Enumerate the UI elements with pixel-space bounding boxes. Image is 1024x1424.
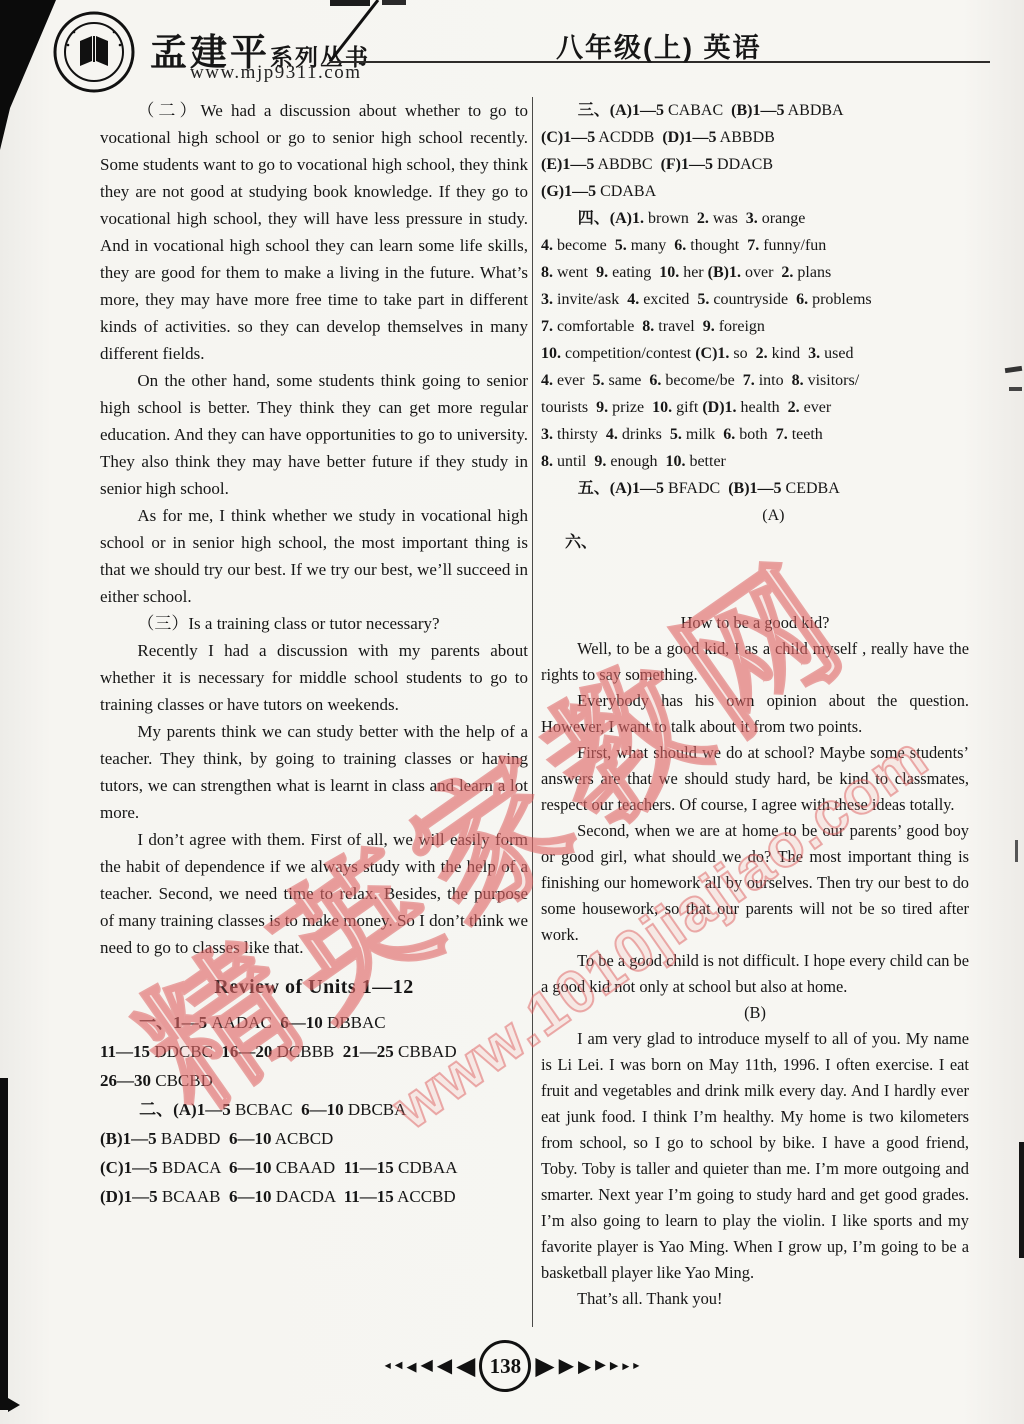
answer-segment: BFADC (664, 480, 728, 497)
answer-line: 五、(A)1—5 BFADC (B)1—5 CEDBA (541, 475, 969, 502)
answer-line: 10. competition/contest (C)1. so 2. kind… (541, 340, 969, 367)
answer-segment: 9. (596, 264, 608, 281)
answer-segment: 11—15 (344, 1158, 394, 1177)
answer-segment: 6. (796, 291, 808, 308)
answer-segment: DBCBA (344, 1100, 407, 1119)
answer-segment: become (553, 237, 615, 254)
answer-segment: (C)1—5 (541, 129, 595, 146)
answer-line: 11—15 DDCBC 16—20 DCBBB 21—25 CBBAD (100, 1037, 528, 1066)
answer-segment: 7. (541, 318, 553, 335)
answer-segment: (B)1—5 (728, 480, 781, 497)
paragraph: （二）We had a discussion about whether to … (100, 97, 528, 367)
answer-line: 3. thirsty 4. drinks 5. milk 6. both 7. … (541, 421, 969, 448)
answer-segment: tourists (541, 399, 596, 416)
answer-segment: 16—20 (221, 1042, 272, 1061)
answer-segment: health (737, 399, 788, 416)
answer-segment: 7. (776, 426, 788, 443)
right-column: 三、(A)1—5 CABAC (B)1—5 ABDBA (C)1—5 ACDDB… (541, 97, 969, 1312)
page-nav-arrow-icon: ▶ (535, 1354, 554, 1379)
answer-segment: CEDBA (782, 480, 840, 497)
answer-segment: competition/contest (561, 345, 695, 362)
answer-line: 三、(A)1—5 CABAC (B)1—5 ABDBA (541, 97, 969, 124)
answer-segment: into (755, 372, 792, 389)
left-column: （二）We had a discussion about whether to … (100, 97, 528, 1211)
answer-segment: invite/ask (553, 291, 627, 308)
answer-segment: 10. (659, 264, 679, 281)
page-nav-arrow-icon: ▶ (595, 1359, 606, 1373)
scan-artifact (330, 0, 370, 6)
answer-segment: until (553, 453, 594, 470)
answer-segment: BCBAC (231, 1100, 301, 1119)
answer-segment: 一、1—5 (139, 1013, 207, 1032)
answer-segment: 4. (541, 237, 553, 254)
answer-segment: 五、(A)1—5 (578, 480, 664, 497)
scan-artifact (1015, 840, 1018, 862)
answer-segment: plans (793, 264, 831, 281)
paragraph: On the other hand, some students think g… (100, 367, 528, 502)
answer-segment: milk (682, 426, 723, 443)
answer-segment: 6—10 (301, 1100, 344, 1119)
answer-segment: was (709, 210, 746, 227)
answer-segment: better (685, 453, 725, 470)
scan-artifact-corner (0, 0, 56, 150)
answer-line: 26—30 CBCBD (100, 1066, 528, 1095)
answer-segment: 6. (649, 372, 661, 389)
publisher-website: www.mjp9311.com (190, 62, 362, 84)
answer-segment: 11—15 (344, 1187, 394, 1206)
answer-segment: teeth (788, 426, 823, 443)
answer-segment: 8. (792, 372, 804, 389)
answer-segment: 3. (541, 291, 553, 308)
answer-segment: 6. (723, 426, 735, 443)
paragraph: First, what should we do at school? Mayb… (541, 740, 969, 818)
answer-line: tourists 9. prize 10. gift (D)1. health … (541, 394, 969, 421)
paragraph: As for me, I think whether we study in v… (100, 502, 528, 610)
answer-segment: 二、(A)1—5 (139, 1100, 231, 1119)
answer-segment: her (679, 264, 707, 281)
answer-segment: used (820, 345, 853, 362)
answer-segment: thirsty (553, 426, 606, 443)
answer-segment: ACBCD (271, 1129, 333, 1148)
answer-segment: 7. (747, 237, 759, 254)
answer-segment: 3. (541, 426, 553, 443)
answer-segment: (D)1—5 (100, 1187, 158, 1206)
answer-segment: 5. (615, 237, 627, 254)
answer-segment: ABDBA (784, 102, 843, 119)
answer-line: 二、(A)1—5 BCBAC 6—10 DBCBA (100, 1095, 528, 1124)
scanned-answer-page: 孟建平系列丛书 www.mjp9311.com 八年级(上) 英语 （二）We … (0, 0, 1024, 1424)
page-nav-arrow-icon: ▶ (559, 1356, 574, 1376)
answer-segment: (C)1. (695, 345, 729, 362)
answer-segment: 9. (596, 399, 608, 416)
answer-line: (D)1—5 BCAAB 6—10 DACDA 11—15 ACCBD (100, 1182, 528, 1211)
scan-artifact (382, 0, 406, 5)
paragraph: Everybody has his own opinion about the … (541, 688, 969, 740)
answer-segment: 8. (642, 318, 654, 335)
paragraph: Second, when we are at home to be our pa… (541, 818, 969, 948)
answer-segment: (B)1. (708, 264, 741, 281)
composition-a-title: How to be a good kid? (541, 610, 969, 636)
answer-segment: visitors/ (804, 372, 860, 389)
answer-segment: CABAC (664, 102, 731, 119)
answer-segment: (D)1. (702, 399, 736, 416)
answer-segment: AADAC (207, 1013, 280, 1032)
answer-line: 4. become 5. many 6. thought 7. funny/fu… (541, 232, 969, 259)
answer-segment: brown (644, 210, 697, 227)
answer-segment: 2. (756, 345, 768, 362)
answer-segment: (C)1—5 (100, 1158, 158, 1177)
answer-segment: 3. (808, 345, 820, 362)
scan-artifact (1009, 387, 1022, 391)
answer-segment: ABBDB (717, 129, 775, 146)
answer-segment: (F)1—5 (661, 156, 713, 173)
answer-line: 7. comfortable 8. travel 9. foreign (541, 313, 969, 340)
answer-line: (C)1—5 ACDDB (D)1—5 ABBDB (541, 124, 969, 151)
page-nav-arrow-icon: ▶ (610, 1361, 618, 1372)
paragraph: I don’t agree with them. First of all, w… (100, 826, 528, 961)
answer-segment: 21—25 (343, 1042, 394, 1061)
answer-segment: excited (639, 291, 697, 308)
answer-segment: 6—10 (229, 1158, 272, 1177)
answer-segment: comfortable (553, 318, 642, 335)
scan-artifact (8, 1398, 20, 1412)
answer-line: 3. invite/ask 4. excited 5. countryside … (541, 286, 969, 313)
answer-line: (C)1—5 BDACA 6—10 CBAAD 11—15 CDBAA (100, 1153, 528, 1182)
page-nav-arrow-icon: ◀ (437, 1356, 452, 1376)
answer-segment: ever (800, 399, 832, 416)
page-nav-arrow-icon: ▶ (633, 1362, 639, 1370)
paragraph: To be a good child is not difficult. I h… (541, 948, 969, 1000)
page-nav-arrow-icon: ◀ (420, 1358, 432, 1374)
answer-segment: so (729, 345, 755, 362)
answer-segment: 6—10 (229, 1187, 272, 1206)
section-heading: Review of Units 1—12 (100, 976, 528, 999)
answer-segment: ACCBD (394, 1187, 456, 1206)
answer-segment: prize (608, 399, 652, 416)
composition-b-label: (B) (541, 1000, 969, 1026)
answer-segment: problems (808, 291, 872, 308)
answer-line: (G)1—5 CDABA (541, 178, 969, 205)
answer-segment: 四、(A)1. (578, 210, 644, 227)
scan-artifact (1005, 366, 1023, 373)
answer-segment: 5. (593, 372, 605, 389)
answer-segment: DBBAC (323, 1013, 386, 1032)
page-title: 八年级(上) 英语 (556, 26, 761, 65)
open-book-logo-icon (52, 10, 136, 94)
answer-segment: 3. (746, 210, 758, 227)
answer-segment: 6—10 (229, 1129, 272, 1148)
answer-segment: (B)1—5 (100, 1129, 157, 1148)
answer-segment: over (741, 264, 781, 281)
answer-segment: both (735, 426, 775, 443)
answer-segment: DDACB (713, 156, 773, 173)
composition-a-label: (A) (541, 502, 969, 529)
answer-segment: orange (758, 210, 806, 227)
answer-segment: travel (654, 318, 702, 335)
answer-segment: 8. (541, 264, 553, 281)
page-nav-arrow-icon: ◀ (385, 1362, 391, 1370)
answer-segment: DACDA (271, 1187, 343, 1206)
answer-segment: CBAAD (271, 1158, 343, 1177)
paragraph: I am very glad to introduce myself to al… (541, 1026, 969, 1286)
answer-segment: enough (606, 453, 665, 470)
answer-segment: countryside (709, 291, 796, 308)
answer-segment: 5. (670, 426, 682, 443)
answer-segment: 6—10 (280, 1013, 323, 1032)
answer-segment: CDABA (596, 183, 656, 200)
answer-line: (B)1—5 BADBD 6—10 ACBCD (100, 1124, 528, 1153)
answer-segment: 5. (697, 291, 709, 308)
answer-segment: many (627, 237, 675, 254)
answer-segment: 6. (674, 237, 686, 254)
page-nav-arrow-icon: ◀ (395, 1361, 403, 1371)
page-number-badge: 138 (479, 1340, 531, 1392)
paragraph: Well, to be a good kid, I as a child mys… (541, 636, 969, 688)
answer-segment: foreign (715, 318, 765, 335)
answer-line: 一、1—5 AADAC 6—10 DBBAC (100, 1008, 528, 1037)
answer-segment: ABDBC (594, 156, 660, 173)
answer-segment: 2. (697, 210, 709, 227)
answer-segment: (G)1—5 (541, 183, 596, 200)
answer-segment: 4. (541, 372, 553, 389)
scan-artifact-right-bar (1019, 1142, 1024, 1258)
column-divider (532, 97, 533, 1327)
paragraph: （三）Is a training class or tutor necessar… (100, 610, 528, 637)
answer-segment: 2. (781, 264, 793, 281)
section-six-label: 六、 (565, 534, 597, 551)
answer-segment: 26—30 (100, 1071, 151, 1090)
answer-segment: 10. (652, 399, 672, 416)
footer-pagination: ◀ ◀ ◀ ◀ ◀ ◀ 138 ▶ ▶ ▶ ▶ ▶ ▶ ▶ (0, 1340, 1024, 1392)
answer-segment: kind (768, 345, 808, 362)
paragraph: That’s all. Thank you! (541, 1286, 969, 1312)
answer-segment: CBCBD (151, 1071, 213, 1090)
page-nav-arrow-icon: ◀ (406, 1360, 416, 1373)
answer-segment: gift (672, 399, 702, 416)
answer-segment: thought (686, 237, 747, 254)
answer-segment: 2. (788, 399, 800, 416)
answer-line-six: 六、 (A) (541, 502, 969, 610)
answer-segment: funny/fun (759, 237, 826, 254)
answer-line: 四、(A)1. brown 2. was 3. orange (541, 205, 969, 232)
answer-segment: DDCBC (150, 1042, 221, 1061)
answer-segment: 9. (594, 453, 606, 470)
answer-segment: 三、(A)1—5 (578, 102, 664, 119)
publisher-logo (52, 10, 136, 94)
answer-segment: CBBAD (394, 1042, 457, 1061)
answer-segment: CDBAA (394, 1158, 458, 1177)
answer-segment: 8. (541, 453, 553, 470)
answer-segment: went (553, 264, 596, 281)
answer-segment: 4. (627, 291, 639, 308)
answer-segment: ACDDB (595, 129, 662, 146)
answer-line: 8. until 9. enough 10. better (541, 448, 969, 475)
answer-segment: 11—15 (100, 1042, 150, 1061)
page-nav-arrow-icon: ◀ (456, 1354, 475, 1379)
answer-segment: become/be (661, 372, 742, 389)
answer-segment: 4. (606, 426, 618, 443)
answer-segment: BDACA (158, 1158, 229, 1177)
answer-segment: ever (553, 372, 593, 389)
answer-segment: (D)1—5 (662, 129, 716, 146)
answer-line: (E)1—5 ABDBC (F)1—5 DDACB (541, 151, 969, 178)
page-nav-arrow-icon: ▶ (578, 1358, 591, 1375)
answer-segment: eating (608, 264, 659, 281)
answer-segment: 10. (665, 453, 685, 470)
answer-segment: 9. (703, 318, 715, 335)
answer-segment: (E)1—5 (541, 156, 594, 173)
answer-line: 4. ever 5. same 6. become/be 7. into 8. … (541, 367, 969, 394)
answer-segment: DCBBB (272, 1042, 342, 1061)
page-nav-arrow-icon: ▶ (622, 1362, 629, 1371)
answer-segment: BADBD (157, 1129, 229, 1148)
answer-segment: 7. (743, 372, 755, 389)
answer-segment: 10. (541, 345, 561, 362)
answer-line: 8. went 9. eating 10. her (B)1. over 2. … (541, 259, 969, 286)
paragraph: Recently I had a discussion with my pare… (100, 637, 528, 718)
answer-segment: same (605, 372, 650, 389)
answer-segment: BCAAB (158, 1187, 229, 1206)
paragraph: My parents think we can study better wit… (100, 718, 528, 826)
answer-segment: drinks (618, 426, 670, 443)
answer-segment: (B)1—5 (731, 102, 784, 119)
